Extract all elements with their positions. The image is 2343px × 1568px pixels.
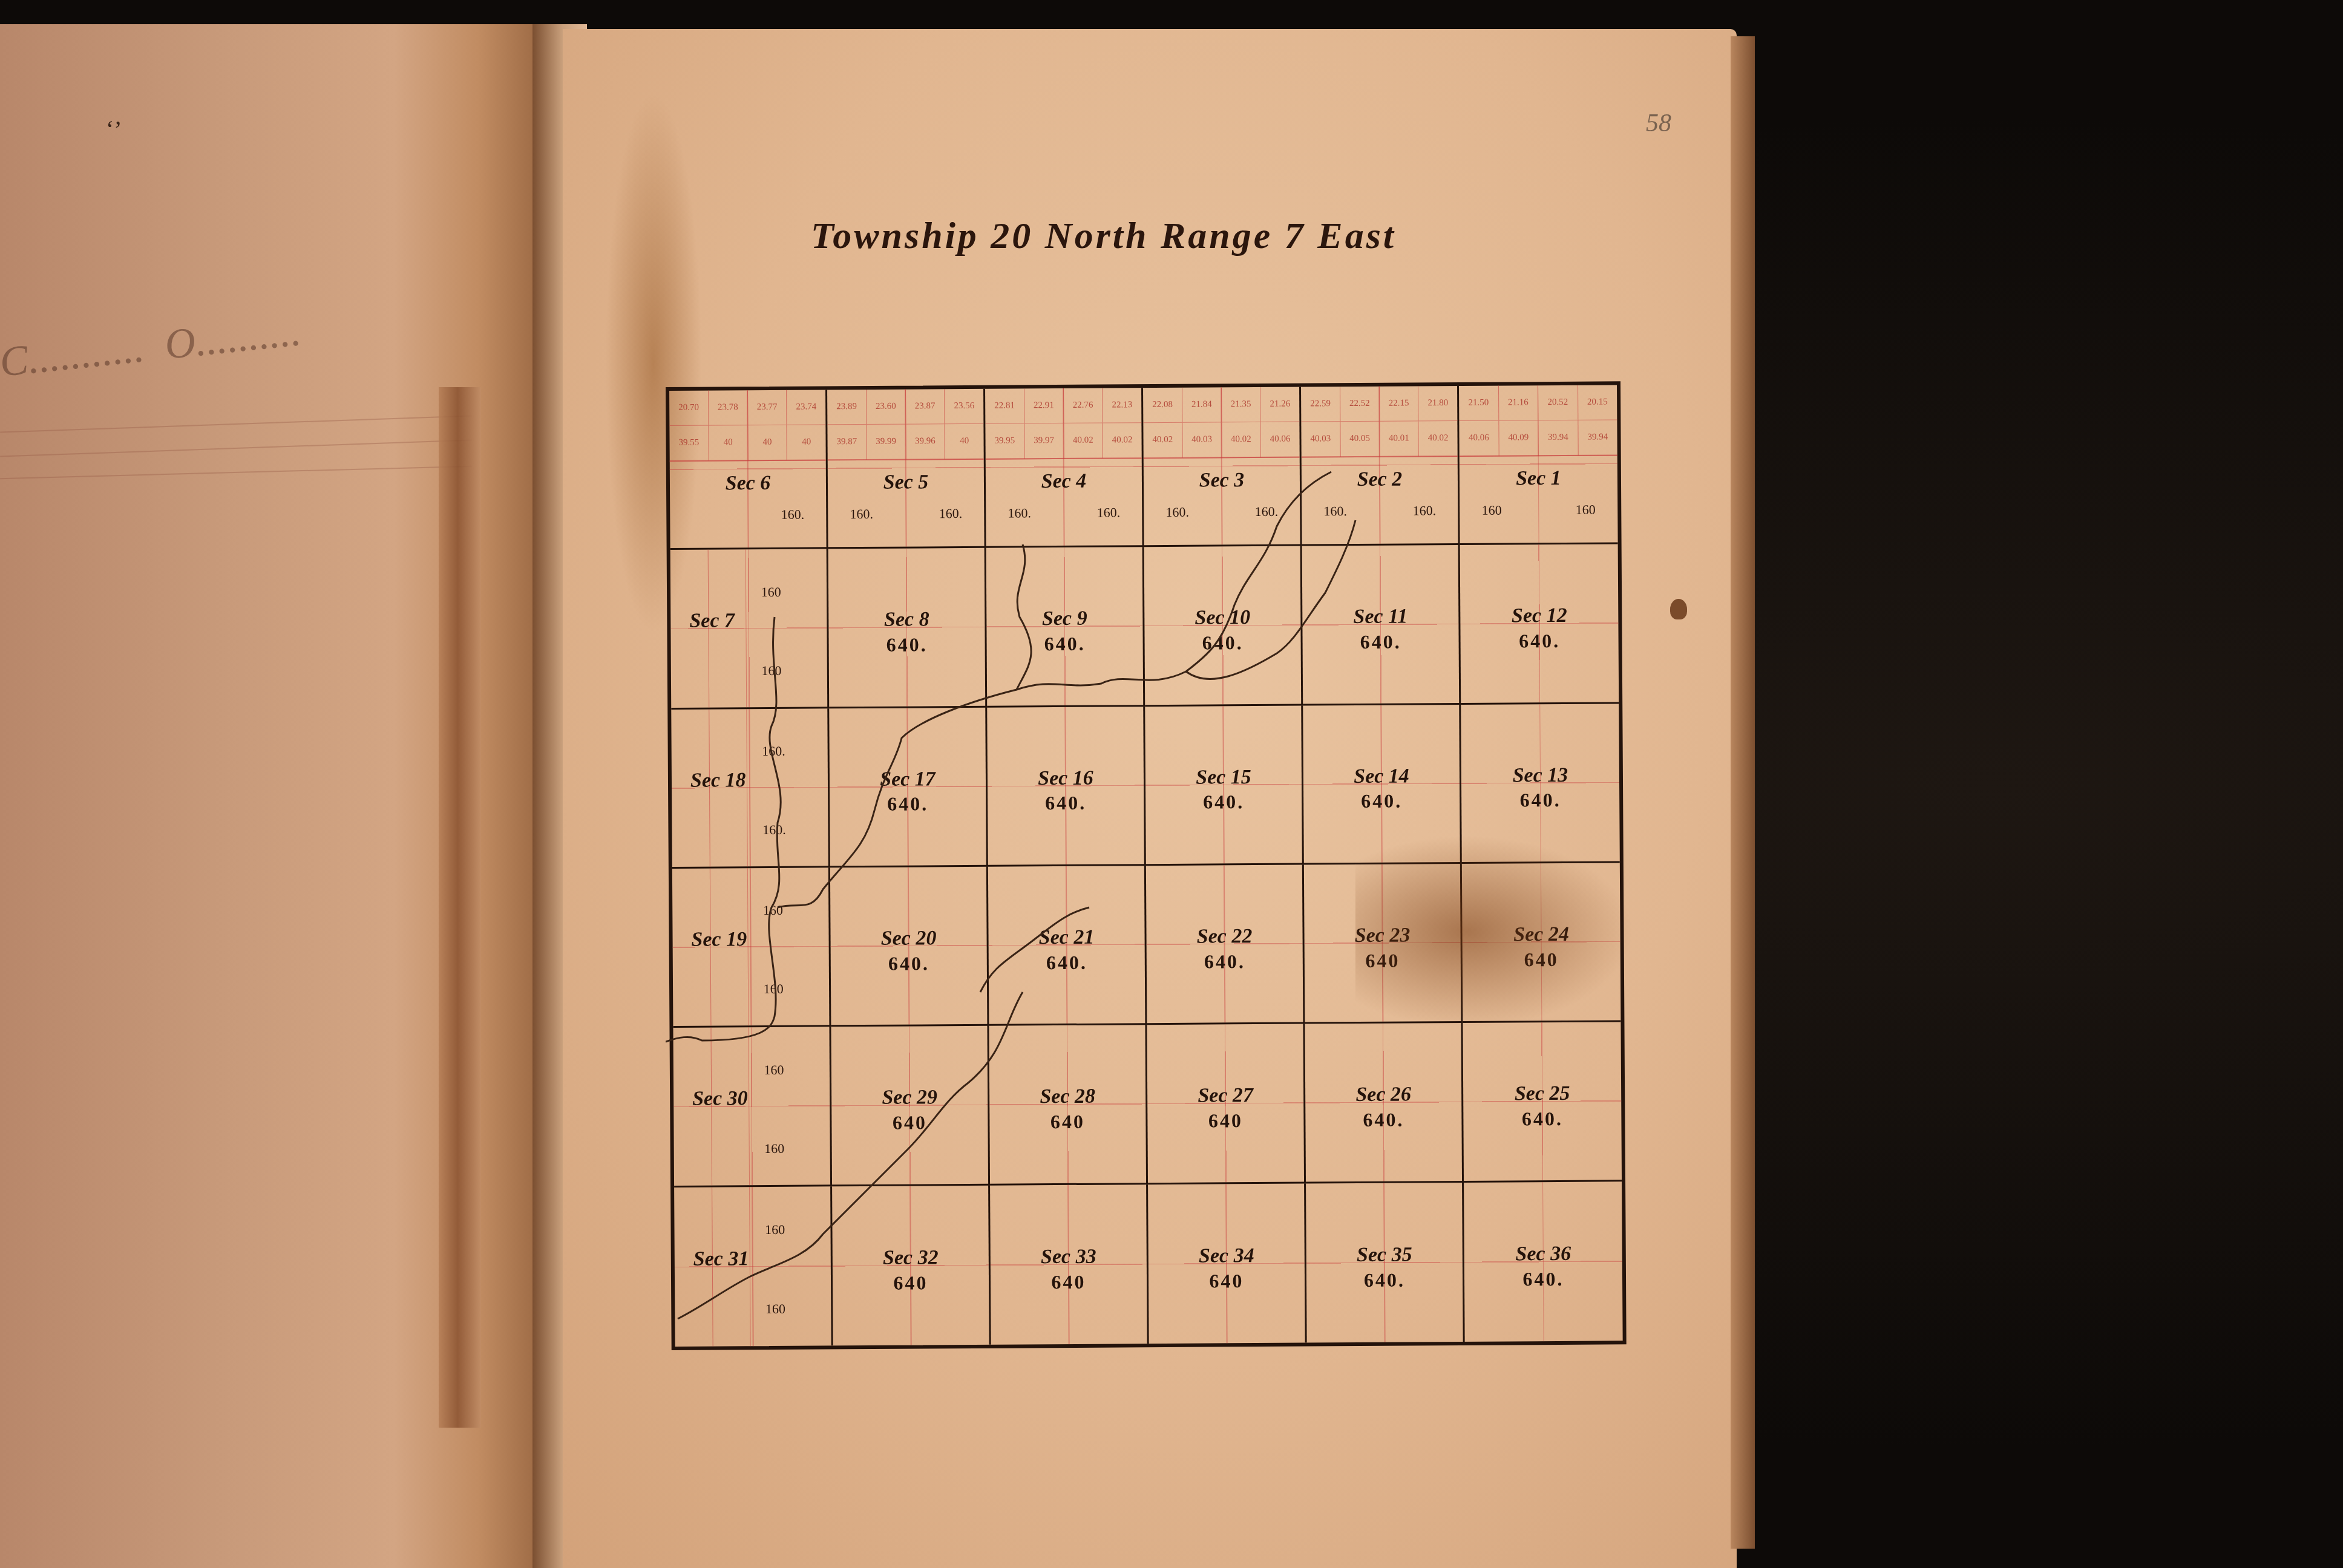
section-label: Sec 34 [1149, 1244, 1305, 1268]
lot-row: 22.8122.9122.7622.13 [985, 388, 1141, 424]
lot-value: 39.96 [906, 424, 945, 459]
section-label: Sec 22 [1146, 925, 1302, 949]
section-label: Sec 30 [692, 1087, 748, 1111]
lot-value: 20.70 [669, 391, 709, 426]
quarter-section-acreage: 160. [1323, 503, 1347, 519]
lot-value: 21.50 [1459, 386, 1499, 421]
section-acreage: 640. [1303, 789, 1460, 813]
section-label: Sec 25 [1463, 1082, 1621, 1106]
section-acreage: 640 [1149, 1269, 1305, 1293]
quarter-section-acreage: 160 [763, 903, 783, 918]
section-cell: Sec 19160160 [672, 867, 831, 1028]
section-cell: Sec 10640. [1144, 546, 1303, 707]
section-cell: Sec 31160160 [674, 1186, 833, 1347]
section-label: Sec 7 [689, 610, 735, 633]
lot-value: 22.91 [1024, 388, 1064, 423]
lot-value: 40.02 [1103, 423, 1142, 458]
section-cell: Sec 35640. [1306, 1183, 1465, 1343]
section-label: Sec 21 [988, 926, 1144, 950]
lot-acreage-strip: 22.0821.8421.3521.2640.0240.0340.0240.06 [1143, 387, 1300, 459]
section-label: Sec 2 [1302, 468, 1458, 492]
lot-value: 40.06 [1261, 422, 1300, 457]
lot-value: 20.52 [1538, 385, 1578, 420]
lot-value: 22.13 [1103, 388, 1141, 423]
faint-heading: C........... O.......... [0, 307, 303, 387]
section-label: Sec 9 [986, 607, 1142, 631]
section-cell: Sec 12640. [1460, 544, 1619, 705]
lot-value: 39.99 [867, 425, 906, 460]
quarter-section-acreage: 160 [764, 1141, 784, 1157]
section-cell: Sec 32640 [832, 1185, 991, 1345]
lot-value: 40.05 [1340, 422, 1380, 457]
lot-row: 39.55404040 [669, 425, 825, 462]
ruled-line [0, 439, 472, 457]
section-cell: Sec 22640. [1146, 865, 1305, 1025]
quarter-section-acreage: 160 [764, 1062, 784, 1077]
lot-value: 21.35 [1222, 387, 1261, 422]
lot-value: 40.03 [1182, 423, 1222, 458]
section-label: Sec 16 [988, 766, 1144, 791]
quarter-section-acreage: 160 [1482, 502, 1502, 518]
section-cell: 22.5922.5222.1521.8040.0340.0540.0140.02… [1301, 386, 1460, 546]
section-cell: Sec 33640 [990, 1184, 1149, 1345]
section-acreage: 640. [1463, 1107, 1621, 1131]
quarter-section-acreage: 160 [765, 1221, 785, 1237]
lot-value: 21.16 [1499, 385, 1539, 420]
lot-value: 40 [787, 425, 826, 460]
section-acreage: 640. [1145, 791, 1302, 814]
page-number: 58 [1646, 109, 1671, 138]
section-label: Sec 12 [1460, 604, 1618, 629]
section-acreage: 640. [989, 951, 1145, 975]
section-label: Sec 18 [690, 769, 746, 792]
section-cell: 20.7023.7823.7723.7439.55404040Sec 6160. [669, 390, 828, 550]
section-acreage: 640. [1147, 950, 1303, 973]
section-acreage: 640. [1305, 1108, 1461, 1132]
section-cell: Sec 17640. [829, 707, 988, 867]
lot-value: 22.59 [1301, 387, 1340, 422]
section-label: Sec 10 [1144, 606, 1300, 630]
lot-value: 40.01 [1380, 422, 1419, 457]
lot-value: 21.84 [1182, 387, 1222, 422]
lot-row: 39.9539.9740.0240.02 [985, 423, 1141, 459]
lot-acreage-strip: 21.5021.1620.5220.1540.0640.0939.9439.94 [1459, 385, 1617, 456]
quarter-section-acreage: 160. [850, 506, 873, 522]
section-cell: Sec 7160160 [670, 549, 830, 710]
section-cell: 22.8122.9122.7622.1339.9539.9740.0240.02… [985, 388, 1144, 548]
section-acreage: 640. [1306, 1269, 1463, 1292]
lot-row: 22.5922.5222.1521.80 [1301, 386, 1457, 422]
section-label: Sec 26 [1305, 1083, 1461, 1107]
page-title: Township 20 North Range 7 East [811, 215, 1396, 258]
section-label: Sec 8 [828, 608, 985, 632]
lot-value: 39.94 [1578, 420, 1617, 456]
quarter-section-acreage: 160 [765, 1301, 785, 1317]
lot-value: 23.74 [787, 390, 825, 425]
lot-acreage-strip: 22.5922.5222.1521.8040.0340.0540.0140.02 [1301, 386, 1458, 457]
insect-mark [1670, 599, 1687, 619]
quarter-section-acreage: 160 [764, 981, 784, 997]
section-cell: Sec 15640. [1145, 705, 1304, 866]
section-label: Sec 19 [691, 928, 747, 952]
section-acreage: 640 [833, 1272, 989, 1295]
lot-value: 39.95 [985, 424, 1024, 459]
lot-row: 40.0240.0340.0240.06 [1143, 422, 1299, 459]
ruled-line [0, 415, 472, 433]
section-acreage: 640 [1147, 1109, 1303, 1132]
section-label: Sec 35 [1306, 1243, 1463, 1267]
section-acreage: 640. [986, 632, 1142, 656]
lot-value: 39.97 [1024, 423, 1064, 459]
page-edges [1731, 36, 1755, 1549]
lot-value: 23.87 [906, 389, 945, 424]
lot-value: 40.02 [1064, 423, 1103, 459]
dark-stain [1355, 835, 1634, 1028]
section-cell: Sec 9640. [986, 547, 1145, 708]
lot-value: 22.81 [985, 388, 1024, 423]
section-label: Sec 28 [989, 1085, 1145, 1109]
lot-value: 23.56 [945, 389, 983, 424]
quarter-section-acreage: 160. [1097, 505, 1121, 520]
lot-row: 40.0340.0540.0140.02 [1301, 421, 1457, 457]
section-cell: 23.8923.6023.8723.5639.8739.9939.9640Sec… [827, 389, 986, 549]
section-acreage: 640. [831, 952, 987, 975]
section-acreage: 640. [1144, 631, 1300, 655]
section-cell: 22.0821.8421.3521.2640.0240.0340.0240.06… [1143, 387, 1302, 547]
lot-value: 23.78 [709, 390, 748, 425]
quarter-section-acreage: 160. [781, 506, 805, 522]
lot-row: 23.8923.6023.8723.56 [827, 389, 983, 425]
section-label: Sec 33 [991, 1245, 1147, 1269]
lot-value: 40.02 [1419, 421, 1458, 456]
section-cell: Sec 21640. [988, 866, 1147, 1026]
section-label: Sec 4 [986, 470, 1142, 494]
lot-value: 22.52 [1340, 387, 1380, 422]
section-label: Sec 36 [1464, 1242, 1622, 1266]
section-label: Sec 15 [1145, 765, 1302, 789]
quarter-section-acreage: 160. [939, 506, 963, 521]
section-cell: Sec 16640. [987, 707, 1146, 867]
section-acreage: 640. [828, 633, 985, 657]
lot-row: 21.5021.1620.5220.15 [1459, 385, 1617, 421]
section-acreage: 640. [1464, 1267, 1622, 1291]
lot-value: 21.80 [1418, 386, 1457, 421]
quarter-section-acreage: 160 [1576, 501, 1596, 517]
section-cell: Sec 11640. [1302, 545, 1461, 705]
lot-row: 20.7023.7823.7723.74 [669, 390, 825, 426]
section-label: Sec 11 [1302, 605, 1458, 629]
section-label: Sec 29 [831, 1086, 988, 1110]
lot-value: 40.09 [1499, 420, 1539, 456]
section-label: Sec 6 [670, 472, 826, 496]
section-cell: Sec 34640 [1148, 1183, 1307, 1344]
lot-acreage-strip: 22.8122.9122.7622.1339.9539.9740.0240.02 [985, 388, 1142, 459]
section-acreage: 640. [830, 792, 986, 816]
lot-value: 40.03 [1301, 422, 1340, 457]
section-acreage: 640. [1302, 630, 1458, 654]
quarter-section-acreage: 160. [1165, 504, 1189, 520]
lot-value: 23.77 [748, 390, 787, 425]
section-cell: Sec 8640. [828, 548, 988, 708]
lot-value: 40 [945, 424, 984, 459]
quarter-section-acreage: 160. [762, 822, 786, 838]
quarter-section-acreage: 160. [1255, 503, 1279, 519]
lot-value: 23.89 [827, 390, 867, 425]
section-label: Sec 13 [1461, 763, 1619, 788]
lot-value: 40.02 [1143, 423, 1182, 458]
section-cell: Sec 26640. [1305, 1023, 1464, 1183]
lot-value: 22.08 [1143, 388, 1182, 423]
binding-strip [439, 387, 481, 1428]
quarter-section-acreage: 160. [762, 743, 785, 759]
lot-row: 39.8739.9939.9640 [827, 424, 983, 460]
lot-value: 39.55 [669, 426, 709, 461]
lot-value: 22.15 [1380, 386, 1419, 421]
section-cell: Sec 18160.160. [671, 708, 830, 869]
lot-acreage-strip: 20.7023.7823.7723.7439.55404040 [669, 390, 826, 461]
section-acreage: 640. [988, 791, 1144, 815]
lot-acreage-strip: 23.8923.6023.8723.5639.8739.9939.9640 [827, 389, 984, 460]
quarter-section-acreage: 160 [761, 663, 781, 679]
section-label: Sec 31 [693, 1247, 749, 1271]
lot-value: 22.76 [1064, 388, 1103, 423]
section-acreage: 640. [1461, 789, 1619, 812]
lot-value: 23.60 [867, 390, 906, 425]
section-cell: Sec 20640. [830, 867, 989, 1027]
left-page: ‘’ C........... O.......... [0, 24, 563, 1568]
section-label: Sec 32 [833, 1246, 989, 1270]
section-label: Sec 27 [1147, 1084, 1303, 1108]
section-cell: Sec 29640 [831, 1026, 990, 1186]
lot-value: 21.26 [1260, 387, 1299, 422]
lot-value: 20.15 [1578, 385, 1617, 420]
ruled-line [0, 466, 472, 479]
section-cell: Sec 30160160 [673, 1027, 832, 1187]
quarter-section-acreage: 160. [1008, 505, 1031, 521]
section-cell: Sec 28640 [989, 1025, 1148, 1185]
section-label: Sec 5 [828, 471, 984, 495]
quarter-section-acreage: 160 [761, 584, 781, 599]
section-label: Sec 17 [830, 767, 986, 791]
section-acreage: 640 [989, 1110, 1145, 1134]
lot-row: 22.0821.8421.3521.26 [1143, 387, 1299, 423]
lot-value: 40.02 [1222, 422, 1261, 457]
section-cell: Sec 36640. [1464, 1181, 1623, 1342]
lot-row: 40.0640.0939.9439.94 [1459, 420, 1617, 457]
section-cell: 21.5021.1620.5220.1540.0640.0939.9439.94… [1459, 385, 1618, 545]
section-label: Sec 3 [1144, 469, 1300, 493]
section-acreage: 640. [1460, 629, 1618, 653]
quarter-section-acreage: 160. [1413, 503, 1437, 518]
section-cell: Sec 25640. [1463, 1022, 1622, 1183]
corner-mark: ‘’ [106, 115, 122, 143]
section-acreage: 640 [831, 1111, 988, 1135]
section-label: Sec 1 [1460, 467, 1617, 491]
lot-value: 39.87 [827, 425, 867, 460]
section-label: Sec 14 [1303, 765, 1460, 789]
section-label: Sec 20 [830, 927, 986, 951]
lot-value: 40.06 [1459, 421, 1499, 456]
lot-value: 39.94 [1538, 420, 1578, 456]
section-acreage: 640 [991, 1270, 1147, 1294]
lot-value: 40 [748, 425, 787, 460]
section-cell: Sec 27640 [1147, 1024, 1306, 1184]
lot-value: 40 [709, 425, 748, 460]
